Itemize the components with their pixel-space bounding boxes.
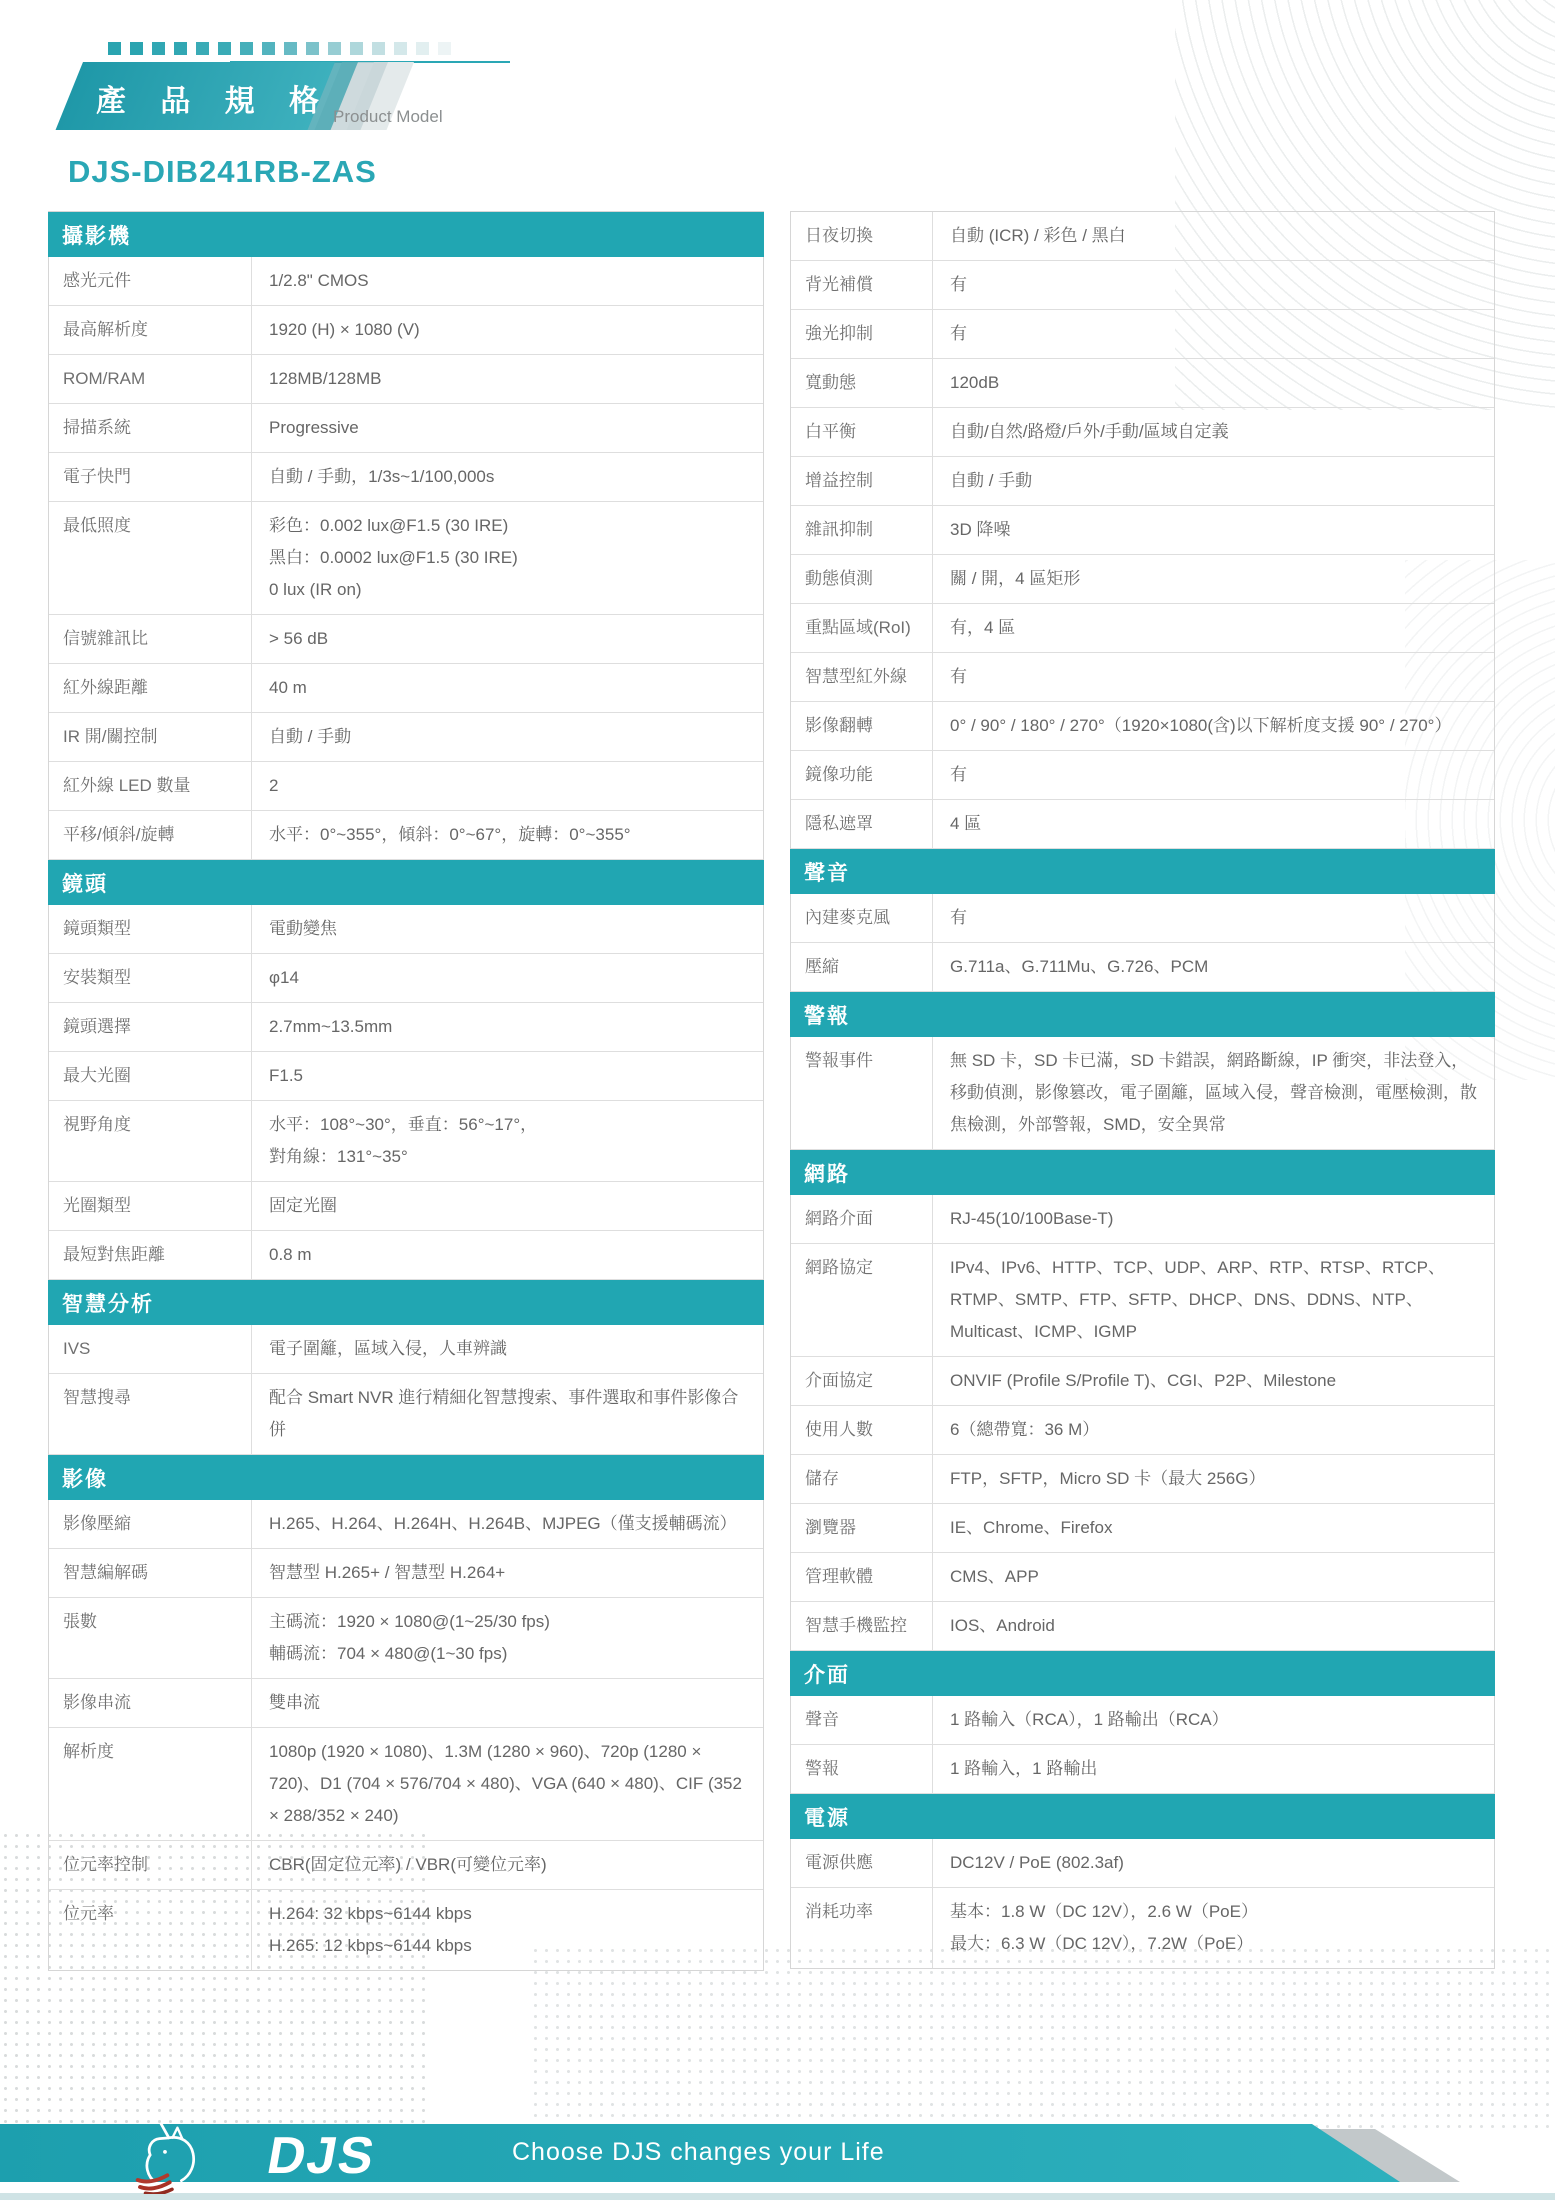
spec-label: 影像壓縮 [49,1500,252,1548]
spec-value: 主碼流：1920 × 1080@(1~25/30 fps) 輔碼流：704 × … [252,1598,763,1678]
spec-label: 強光抑制 [791,310,933,358]
spec-row: 背光補償有 [791,261,1494,310]
spec-value: 自動 / 手動 [933,457,1494,505]
spec-row: 動態偵測關 / 開，4 區矩形 [791,555,1494,604]
spec-row: 紅外線 LED 數量2 [49,762,763,811]
spec-label: 智慧手機監控 [791,1602,933,1650]
spec-row: 白平衡自動/自然/路燈/戶外/手動/區域自定義 [791,408,1494,457]
spec-row: 視野角度水平：108°~30°，垂直：56°~17°， 對角線：131°~35° [49,1101,763,1182]
spec-value: CMS、APP [933,1553,1494,1601]
spec-label: 使用人數 [791,1406,933,1454]
section-header: 介面 [790,1651,1495,1696]
spec-label: 影像串流 [49,1679,252,1727]
spec-label: 介面協定 [791,1357,933,1405]
spec-row: 安裝類型φ14 [49,954,763,1003]
decoration-square [416,42,429,55]
spec-label: 儲存 [791,1455,933,1503]
spec-row: 介面協定ONVIF (Profile S/Profile T)、CGI、P2P、… [791,1357,1494,1406]
spec-row: 鏡像功能有 [791,751,1494,800]
section-header: 電源 [790,1794,1495,1839]
spec-row: 位元率控制CBR(固定位元率) / VBR(可變位元率) [49,1841,763,1890]
spec-label: 白平衡 [791,408,933,456]
spec-label: 寬動態 [791,359,933,407]
spec-row: 隱私遮罩4 區 [791,800,1494,849]
spec-row: 智慧型紅外線有 [791,653,1494,702]
spec-row: 消耗功率基本：1.8 W（DC 12V），2.6 W（PoE） 最大：6.3 W… [791,1888,1494,1968]
spec-label: 壓縮 [791,943,933,991]
spec-label: IR 開/關控制 [49,713,252,761]
spec-label: IVS [49,1325,252,1373]
decoration-square [174,42,187,55]
spec-label: 網路介面 [791,1195,933,1243]
spec-label: 雜訊抑制 [791,506,933,554]
spec-value: 配合 Smart NVR 進行精細化智慧搜索、事件選取和事件影像合併 [252,1374,763,1454]
spec-value: 128MB/128MB [252,355,763,403]
spec-row: 掃描系統Progressive [49,404,763,453]
spec-value: IE、Chrome、Firefox [933,1504,1494,1552]
decoration-square [284,42,297,55]
spec-label: 最大光圈 [49,1052,252,1100]
spec-row: 儲存FTP，SFTP，Micro SD 卡（最大 256G） [791,1455,1494,1504]
spec-row: IVS電子圍籬，區域入侵，人車辨識 [49,1325,763,1374]
spec-value: DC12V / PoE (802.3af) [933,1839,1494,1887]
spec-label: 最高解析度 [49,306,252,354]
spec-row: 最高解析度1920 (H) × 1080 (V) [49,306,763,355]
spec-label: 內建麥克風 [791,894,933,942]
page-title: 產 品 規 格 [96,76,332,120]
bottom-strip [0,2193,1555,2200]
spec-table-right: 日夜切換自動 (ICR) / 彩色 / 黑白背光補償有強光抑制有寬動態120dB… [790,211,1495,1969]
spec-label: 消耗功率 [791,1888,933,1968]
section-header: 攝影機 [48,212,764,257]
spec-label: 光圈類型 [49,1182,252,1230]
spec-row: 最大光圈F1.5 [49,1052,763,1101]
spec-row: 最短對焦距離0.8 m [49,1231,763,1280]
section-header: 警報 [790,992,1495,1037]
spec-row: 平移/傾斜/旋轉水平：0°~355°，傾斜：0°~67°，旋轉：0°~355° [49,811,763,860]
section-header: 影像 [48,1455,764,1500]
spec-value: H.264: 32 kbps~6144 kbps H.265: 12 kbps~… [252,1890,763,1970]
spec-row: 網路協定IPv4、IPv6、HTTP、TCP、UDP、ARP、RTP、RTSP、… [791,1244,1494,1357]
spec-value: 120dB [933,359,1494,407]
section-header: 智慧分析 [48,1280,764,1325]
spec-value: G.711a、G.711Mu、G.726、PCM [933,943,1494,991]
spec-row: 網路介面RJ-45(10/100Base-T) [791,1195,1494,1244]
spec-value: 1 路輸入，1 路輸出 [933,1745,1494,1793]
spec-label: 警報 [791,1745,933,1793]
decoration-square [372,42,385,55]
spec-label: 紅外線 LED 數量 [49,762,252,810]
spec-label: ROM/RAM [49,355,252,403]
decoration-square [196,42,209,55]
spec-value: 關 / 開，4 區矩形 [933,555,1494,603]
spec-row: 紅外線距離40 m [49,664,763,713]
decoration-square [218,42,231,55]
spec-label: 鏡頭類型 [49,905,252,953]
spec-row: 鏡頭選擇2.7mm~13.5mm [49,1003,763,1052]
spec-label: 背光補償 [791,261,933,309]
spec-row: 信號雜訊比> 56 dB [49,615,763,664]
spec-value: RJ-45(10/100Base-T) [933,1195,1494,1243]
spec-row: 智慧手機監控IOS、Android [791,1602,1494,1651]
spec-value: φ14 [252,954,763,1002]
spec-value: 4 區 [933,800,1494,848]
spec-value: 1 路輸入（RCA），1 路輸出（RCA） [933,1696,1494,1744]
decoration-square [152,42,165,55]
brand-logo-text: DJS [263,2126,381,2186]
spec-label: 位元率 [49,1890,252,1970]
spec-label: 智慧搜尋 [49,1374,252,1454]
section-header: 網路 [790,1150,1495,1195]
spec-value: 基本：1.8 W（DC 12V），2.6 W（PoE） 最大：6.3 W（DC … [933,1888,1494,1968]
spec-label: 位元率控制 [49,1841,252,1889]
spec-row: 雜訊抑制3D 降噪 [791,506,1494,555]
spec-label: 鏡像功能 [791,751,933,799]
spec-label: 掃描系統 [49,404,252,452]
spec-value: 1080p (1920 × 1080)、1.3M (1280 × 960)、72… [252,1728,763,1840]
spec-label: 安裝類型 [49,954,252,1002]
spec-row: 影像翻轉0° / 90° / 180° / 270°（1920×1080(含)以… [791,702,1494,751]
spec-label: 瀏覽器 [791,1504,933,1552]
spec-label: 聲音 [791,1696,933,1744]
spec-row: 解析度1080p (1920 × 1080)、1.3M (1280 × 960)… [49,1728,763,1841]
spec-row: 瀏覽器IE、Chrome、Firefox [791,1504,1494,1553]
spec-row: 重點區域(RoI)有，4 區 [791,604,1494,653]
spec-label: 解析度 [49,1728,252,1840]
spec-label: 智慧編解碼 [49,1549,252,1597]
decoration-square [108,42,121,55]
spec-value: 1/2.8" CMOS [252,257,763,305]
spec-row: 管理軟體CMS、APP [791,1553,1494,1602]
decoration-square [306,42,319,55]
spec-value: 自動 / 手動 [252,713,763,761]
spec-row: 強光抑制有 [791,310,1494,359]
brand-slogan: Choose DJS changes your Life [512,2138,885,2167]
spec-value: CBR(固定位元率) / VBR(可變位元率) [252,1841,763,1889]
spec-row: 警報事件無 SD 卡，SD 卡已滿，SD 卡錯誤，網路斷線，IP 衝突，非法登入… [791,1037,1494,1150]
spec-row: 張數主碼流：1920 × 1080@(1~25/30 fps) 輔碼流：704 … [49,1598,763,1679]
spec-label: 最低照度 [49,502,252,614]
spec-row: 寬動態120dB [791,359,1494,408]
spec-value: 雙串流 [252,1679,763,1727]
spec-label: 鏡頭選擇 [49,1003,252,1051]
spec-row: 壓縮G.711a、G.711Mu、G.726、PCM [791,943,1494,992]
decoration-square [130,42,143,55]
spec-row: 電子快門自動 / 手動，1/3s~1/100,000s [49,453,763,502]
spec-value: 自動 (ICR) / 彩色 / 黑白 [933,212,1494,260]
spec-value: 0° / 90° / 180° / 270°（1920×1080(含)以下解析度… [933,702,1494,750]
spec-value: 3D 降噪 [933,506,1494,554]
spec-label: 電源供應 [791,1839,933,1887]
spec-value: IPv4、IPv6、HTTP、TCP、UDP、ARP、RTP、RTSP、RTCP… [933,1244,1494,1356]
spec-row: 感光元件1/2.8" CMOS [49,257,763,306]
spec-label: 信號雜訊比 [49,615,252,663]
spec-label: 視野角度 [49,1101,252,1181]
spec-row: 內建麥克風有 [791,894,1494,943]
spec-row: 增益控制自動 / 手動 [791,457,1494,506]
decoration-square [240,42,253,55]
decoration-square [350,42,363,55]
spec-row: 聲音1 路輸入（RCA），1 路輸出（RCA） [791,1696,1494,1745]
product-model: DJS-DIB241RB-ZAS [68,154,377,190]
spec-label: 最短對焦距離 [49,1231,252,1279]
spec-value: H.265、H.264、H.264H、H.264B、MJPEG（僅支援輔碼流） [252,1500,763,1548]
spec-row: 影像串流雙串流 [49,1679,763,1728]
spec-value: 自動 / 手動，1/3s~1/100,000s [252,453,763,501]
section-header: 鏡頭 [48,860,764,905]
spec-value: > 56 dB [252,615,763,663]
page-subtitle: Product Model [333,107,443,127]
spec-value: 自動/自然/路燈/戶外/手動/區域自定義 [933,408,1494,456]
spec-value: 0.8 m [252,1231,763,1279]
spec-value: 電動變焦 [252,905,763,953]
spec-value: 固定光圈 [252,1182,763,1230]
spec-label: 紅外線距離 [49,664,252,712]
section-header: 聲音 [790,849,1495,894]
spec-label: 網路協定 [791,1244,933,1356]
spec-label: 平移/傾斜/旋轉 [49,811,252,859]
square-fade-decoration [108,42,451,55]
spec-label: 重點區域(RoI) [791,604,933,652]
spec-value: 2.7mm~13.5mm [252,1003,763,1051]
spec-label: 管理軟體 [791,1553,933,1601]
spec-label: 增益控制 [791,457,933,505]
spec-value: Progressive [252,404,763,452]
spec-row: 智慧搜尋配合 Smart NVR 進行精細化智慧搜索、事件選取和事件影像合併 [49,1374,763,1455]
spec-row: 影像壓縮H.265、H.264、H.264H、H.264B、MJPEG（僅支援輔… [49,1500,763,1549]
spec-value: 有 [933,261,1494,309]
decoration-square [262,42,275,55]
spec-row: 鏡頭類型電動變焦 [49,905,763,954]
spec-label: 動態偵測 [791,555,933,603]
spec-row: 智慧編解碼智慧型 H.265+ / 智慧型 H.264+ [49,1549,763,1598]
spec-value: 有，4 區 [933,604,1494,652]
spec-row: 日夜切換自動 (ICR) / 彩色 / 黑白 [791,212,1494,261]
spec-label: 警報事件 [791,1037,933,1149]
spec-label: 日夜切換 [791,212,933,260]
spec-value: 無 SD 卡，SD 卡已滿，SD 卡錯誤，網路斷線，IP 衝突，非法登入，移動偵… [933,1037,1494,1149]
spec-value: 6（總帶寬：36 M） [933,1406,1494,1454]
spec-value: 有 [933,751,1494,799]
spec-row: 最低照度彩色：0.002 lux@F1.5 (30 IRE) 黑白：0.0002… [49,502,763,615]
spec-value: FTP，SFTP，Micro SD 卡（最大 256G） [933,1455,1494,1503]
decoration-square [438,42,451,55]
spec-value: ONVIF (Profile S/Profile T)、CGI、P2P、Mile… [933,1357,1494,1405]
spec-value: 2 [252,762,763,810]
spec-value: 水平：0°~355°，傾斜：0°~67°，旋轉：0°~355° [252,811,763,859]
decoration-square [394,42,407,55]
spec-value: 智慧型 H.265+ / 智慧型 H.264+ [252,1549,763,1597]
decoration-square [328,42,341,55]
spec-value: 有 [933,894,1494,942]
unicorn-logo-icon [112,2116,232,2194]
spec-value: F1.5 [252,1052,763,1100]
spec-row: 使用人數6（總帶寬：36 M） [791,1406,1494,1455]
spec-row: 警報1 路輸入，1 路輸出 [791,1745,1494,1794]
spec-value: 電子圍籬，區域入侵，人車辨識 [252,1325,763,1373]
spec-row: 光圈類型固定光圈 [49,1182,763,1231]
spec-value: 有 [933,310,1494,358]
spec-label: 隱私遮罩 [791,800,933,848]
spec-row: 電源供應DC12V / PoE (802.3af) [791,1839,1494,1888]
spec-value: IOS、Android [933,1602,1494,1650]
spec-value: 彩色：0.002 lux@F1.5 (30 IRE) 黑白：0.0002 lux… [252,502,763,614]
spec-label: 張數 [49,1598,252,1678]
spec-label: 電子快門 [49,453,252,501]
spec-label: 智慧型紅外線 [791,653,933,701]
spec-table-left: 攝影機感光元件1/2.8" CMOS最高解析度1920 (H) × 1080 (… [48,211,764,1971]
spec-value: 水平：108°~30°，垂直：56°~17°， 對角線：131°~35° [252,1101,763,1181]
spec-row: IR 開/關控制自動 / 手動 [49,713,763,762]
spec-label: 影像翻轉 [791,702,933,750]
dot-pattern-bottom-right [530,1945,1555,2130]
spec-row: 位元率H.264: 32 kbps~6144 kbps H.265: 12 kb… [49,1890,763,1970]
spec-value: 1920 (H) × 1080 (V) [252,306,763,354]
spec-label: 感光元件 [49,257,252,305]
spec-value: 40 m [252,664,763,712]
spec-value: 有 [933,653,1494,701]
spec-row: ROM/RAM128MB/128MB [49,355,763,404]
